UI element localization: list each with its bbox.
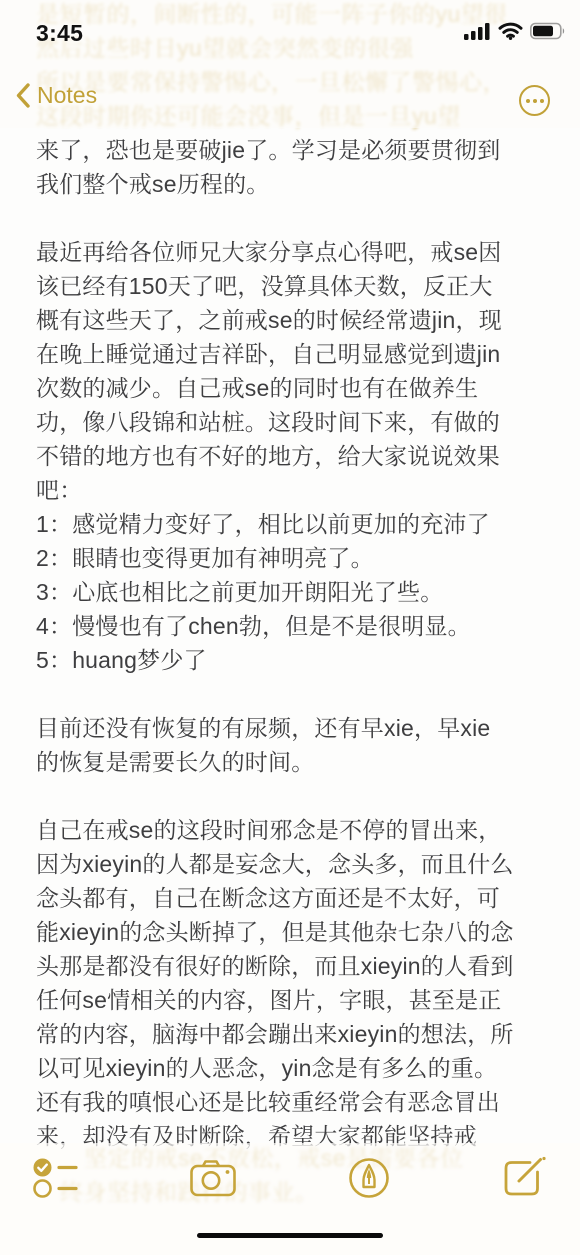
note-line: 能xieyin的念头断掉了，但是其他杂七杂八的念 — [36, 915, 546, 949]
checklist-button[interactable] — [32, 1157, 78, 1199]
compose-button[interactable] — [502, 1156, 548, 1200]
note-line: 我们整个戒se历程的。 — [36, 167, 546, 201]
note-list-item: 5：huang梦少了 — [36, 643, 546, 677]
paragraph: 来了，恐也是要破jie了。学习是必须要贯彻到 我们整个戒se历程的。 — [36, 133, 546, 201]
cellular-signal-icon — [464, 22, 491, 40]
note-line: 吧： — [36, 473, 546, 507]
note-line: 常的内容，脑海中都会蹦出来xieyin的想法，所 — [36, 1017, 546, 1051]
note-line: 在晚上睡觉通过吉祥卧，自己明显感觉到遗jin — [36, 337, 546, 371]
note-line: 念头都有，自己在断念这方面还是不太好，可 — [36, 881, 546, 915]
note-line: 最近再给各位师兄大家分享点心得吧，戒se因 — [36, 235, 546, 269]
note-line: 该已经有150天了吧，没算具体天数，反正大 — [36, 269, 546, 303]
notes-app-screen: 是短暂的，间断性的，可能一阵子你的yu望很 然后过些时日yu望就会突然变的很强 … — [0, 0, 580, 1255]
note-list-item: 4：慢慢也有了chen勃，但是不是很明显。 — [36, 609, 546, 643]
chevron-left-icon — [16, 83, 30, 108]
ellipsis-icon — [526, 99, 530, 103]
paragraph: 目前还没有恢复的有尿频，还有早xie，早xie 的恢复是需要长久的时间。 — [36, 711, 546, 779]
note-line: 功，像八段锦和站桩。这段时间下来，有做的 — [36, 405, 546, 439]
checklist-icon — [32, 1157, 78, 1199]
back-button-label: Notes — [37, 82, 97, 109]
note-line: 还有我的嗔恨心还是比较重经常会有恶念冒出 — [36, 1085, 546, 1119]
status-time: 3:45 — [36, 20, 83, 47]
note-line: 来了，恐也是要破jie了。学习是必须要贯彻到 — [36, 133, 546, 167]
note-list-item: 1：感觉精力变好了，相比以前更加的充沛了 — [36, 507, 546, 541]
note-line: 概有这些天了，之前戒se的时候经常遗jin，现 — [36, 303, 546, 337]
more-button[interactable] — [519, 85, 550, 116]
wifi-icon — [498, 22, 523, 40]
markup-button[interactable] — [348, 1157, 390, 1199]
markup-icon — [348, 1157, 390, 1199]
paragraph: 自己在戒se的这段时间邪念是不停的冒出来， 因为xieyin的人都是妄念大，念头… — [36, 813, 546, 1153]
camera-button[interactable] — [190, 1159, 236, 1197]
paragraph: 最近再给各位师兄大家分享点心得吧，戒se因 该已经有150天了吧，没算具体天数，… — [36, 235, 546, 677]
note-line: 任何se情相关的内容，图片，字眼，甚至是正 — [36, 983, 546, 1017]
note-line: 不错的地方也有不好的地方，给大家说说效果 — [36, 439, 546, 473]
back-button[interactable]: Notes — [16, 82, 97, 109]
note-line: 目前还没有恢复的有尿频，还有早xie，早xie — [36, 711, 546, 745]
status-bar: 3:45 — [0, 14, 580, 54]
note-line: 以可见xieyin的人恶念，yin念是有多么的重。 — [36, 1051, 546, 1085]
note-content[interactable]: 来了，恐也是要破jie了。学习是必须要贯彻到 我们整个戒se历程的。 最近再给各… — [36, 133, 546, 1153]
nav-bar: Notes — [0, 78, 580, 122]
note-list-item: 2：眼睛也变得更加有神明亮了。 — [36, 541, 546, 575]
note-line: 头那是都没有很好的断除，而且xieyin的人看到 — [36, 949, 546, 983]
home-indicator[interactable] — [197, 1233, 383, 1238]
note-line: 自己在戒se的这段时间邪念是不停的冒出来， — [36, 813, 546, 847]
note-list-item: 3：心底也相比之前更加开朗阳光了些。 — [36, 575, 546, 609]
note-line: 次数的减少。自己戒se的同时也有在做养生 — [36, 371, 546, 405]
note-line: 的恢复是需要长久的时间。 — [36, 745, 546, 779]
compose-icon — [502, 1156, 548, 1200]
camera-icon — [190, 1159, 236, 1197]
bottom-toolbar — [0, 1152, 580, 1204]
battery-icon — [530, 22, 566, 40]
note-line: 因为xieyin的人都是妄念大，念头多，而且什么 — [36, 847, 546, 881]
